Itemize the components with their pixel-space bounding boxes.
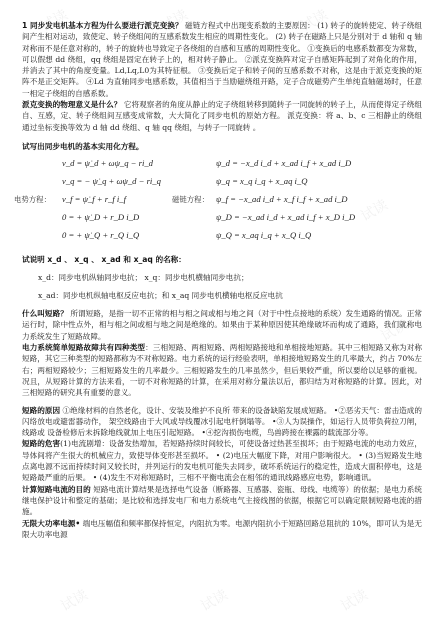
- flux-equation: ψ_f = −x_ad i_d + x_f i_f + x_ad i_D: [216, 194, 347, 205]
- emf-equation: 0 = + ψ̇_D + r_D i_D: [62, 212, 139, 223]
- answer-text: (1)电流剧增：设备发热增加，若短路持续时间较长，可使设备过热甚至损坏；由于短路…: [22, 439, 422, 482]
- section-equations: 试写出同步电机的基本实用化方程。: [22, 141, 422, 152]
- question-heading: 试说明 x_d 、 x_q 、 x_ad 和 x_aq 的名称：: [22, 255, 186, 264]
- answer-text: 磁链方程式中出现变系数的主要原因： (1) 转子的旋转使定、转子绕组间产生相对运…: [22, 21, 422, 98]
- section-fault-types: 电力系统简单短路故障共有四种类型：三相短路、两相短路、两相短路接地和单相接地短路…: [22, 342, 422, 398]
- question-heading: 派克变换的物理意义是什么？: [22, 100, 121, 109]
- watermark: 试读: [337, 584, 371, 615]
- question-heading: 无限大功率电源•: [22, 519, 80, 528]
- question-heading: 短路的原因: [22, 406, 60, 415]
- flux-equation: ψ_q = x_q i_q + x_aq i_Q: [216, 176, 307, 187]
- reactance-definitions: x_d：同步电机纵轴同步电抗； x_q：同步电机横轴同步电抗； x_ad：同步电…: [22, 272, 422, 302]
- flux-equation: ψ_d = −x_d i_d + x_ad i_f + x_ad i_D: [216, 158, 351, 169]
- document-page: 1 同步发电机基本方程为什么要进行派克变换？ 磁链方程式中出现变系数的主要原因：…: [22, 20, 422, 540]
- flux-label: 磁链方程：: [172, 194, 209, 205]
- definition-line: x_ad：同步电机纵轴电枢反应电抗；和 x_aq 同步电机横轴电枢反应电抗: [38, 290, 422, 301]
- emf-equation: v_q = − ψ̇_q + ωψ_d − ri_q: [62, 176, 161, 187]
- emf-equation: 0 = + ψ̇_Q + r_Q i_Q: [62, 230, 139, 241]
- emf-equation: v_d = ψ̇_d + ωψ_q − ri_d: [62, 158, 153, 169]
- section-hazards: 短路的危害(1)电流剧增：设备发热增加，若短路持续时间较长，可使设备过热甚至损坏…: [22, 438, 422, 483]
- section-parker-why: 1 同步发电机基本方程为什么要进行派克变换？ 磁链方程式中出现变系数的主要原因：…: [22, 20, 422, 99]
- emf-equation: v_f = ψ̇_f + r_f i_f: [62, 194, 126, 205]
- equation-block: 电势方程： v_d = ψ̇_d + ωψ_q − ri_d v_q = − ψ…: [22, 158, 422, 246]
- answer-text: 所谓短路，是指一切不正常的相与相之间或相与地之间（对于中性点接地的系统）发生通路…: [22, 309, 422, 341]
- section-infinite-source: 无限大功率电源• 端电压幅值和频率都保持恒定，内阻抗为零。电源内阻抗小于短路回路…: [22, 518, 422, 541]
- section-parker-meaning: 派克变换的物理意义是什么？ 它将观察者的角度从静止的定子绕组转移到随转子一同旋转…: [22, 99, 422, 133]
- answer-text: 端电压幅值和频率都保持恒定，内阻抗为零。电源内阻抗小于短路回路总阻抗的 10%，…: [22, 519, 422, 539]
- question-heading: 短路的危害: [22, 439, 60, 448]
- definition-line: x_d：同步电机纵轴同步电抗； x_q：同步电机横轴同步电抗；: [38, 272, 422, 283]
- question-heading: 试写出同步电机的基本实用化方程。: [22, 142, 144, 151]
- watermark: 试读: [57, 584, 91, 615]
- flux-equation: ψ_D = −x_ad i_d + x_ad i_f + x_D i_D: [216, 212, 355, 223]
- section-calc-purpose: 计算短路电流的目的 短路电流计算结果是选择电气设备（断路器、互感器、瓷瓶、母线、…: [22, 484, 422, 518]
- section-reactance-names: 试说明 x_d 、 x_q 、 x_ad 和 x_aq 的名称：: [22, 254, 422, 265]
- question-heading: 1 同步发电机基本方程为什么要进行派克变换？: [22, 21, 183, 30]
- question-heading: 什么叫短路？: [22, 309, 68, 318]
- section-causes: 短路的原因 ①绝缘材料的自然老化，设计、安装及维护不良所 带来的设备缺陷发展成短…: [22, 405, 422, 439]
- section-short-circuit: 什么叫短路？ 所谓短路，是指一切不正常的相与相之间或相与地之间（对于中性点接地的…: [22, 308, 422, 342]
- question-heading: 计算短路电流的目的: [22, 485, 91, 494]
- flux-equation: ψ_Q = x_aq i_q + x_Q i_Q: [216, 230, 311, 241]
- question-heading: 电力系统简单短路故障共有四种类型: [22, 343, 145, 352]
- watermark: 试读: [197, 584, 231, 615]
- emf-label: 电势方程：: [14, 194, 51, 205]
- answer-text: ①绝缘材料的自然老化，设计、安装及维护不良所 带来的设备缺陷发展成短路。 •②恶…: [22, 406, 422, 438]
